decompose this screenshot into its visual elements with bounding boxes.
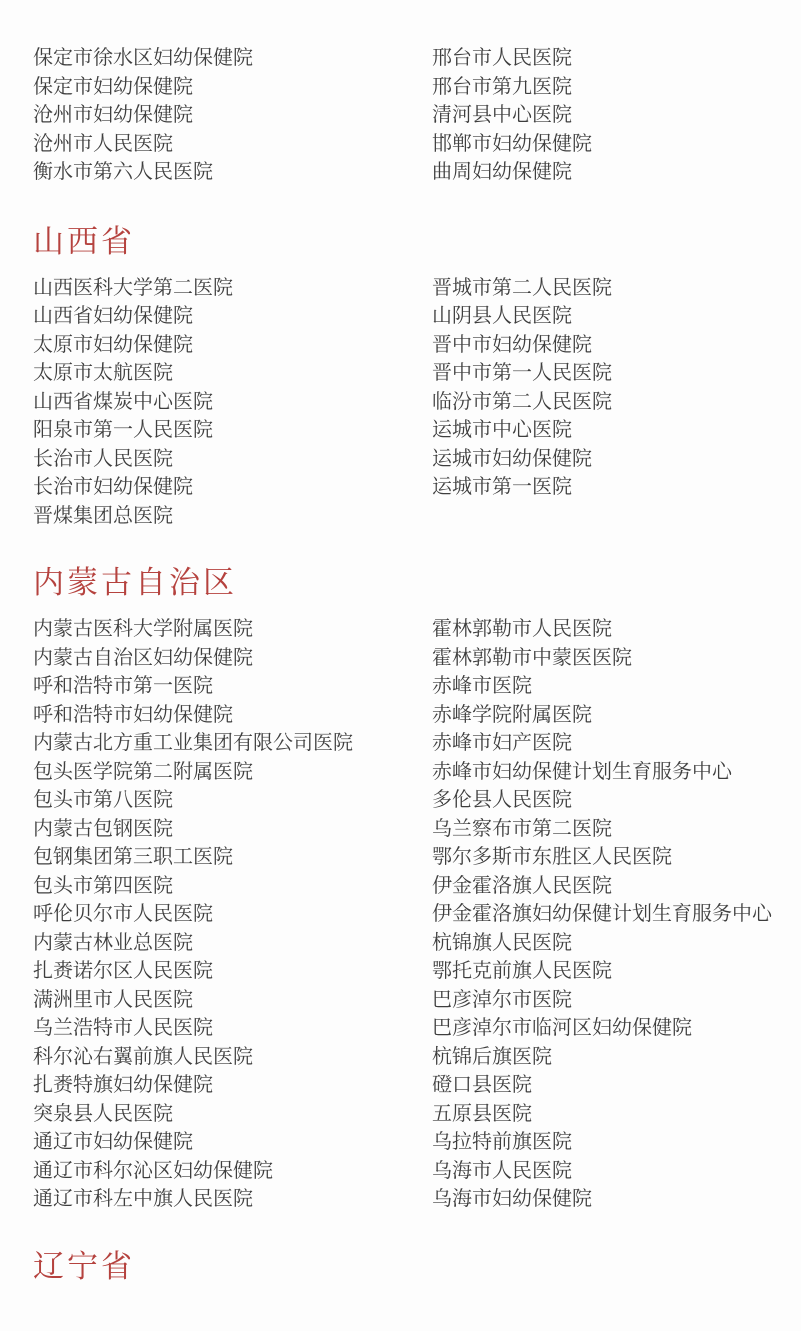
hospital-item: 保定市徐水区妇幼保健院 [33, 44, 432, 73]
hospital-item: 晋煤集团总医院 [33, 502, 432, 531]
hospital-item: 磴口县医院 [432, 1071, 801, 1100]
hospital-item: 运城市妇幼保健院 [432, 445, 801, 474]
hospital-item: 长治市妇幼保健院 [33, 473, 432, 502]
hospital-list-document: 保定市徐水区妇幼保健院保定市妇幼保健院沧州市妇幼保健院沧州市人民医院衡水市第六人… [0, 0, 801, 1331]
hospital-columns: 保定市徐水区妇幼保健院保定市妇幼保健院沧州市妇幼保健院沧州市人民医院衡水市第六人… [33, 44, 801, 187]
hospital-item: 呼和浩特市妇幼保健院 [33, 701, 432, 730]
hospital-item: 沧州市人民医院 [33, 130, 432, 159]
hospital-item: 巴彦淖尔市临河区妇幼保健院 [432, 1014, 801, 1043]
hospital-item: 包头市第八医院 [33, 786, 432, 815]
hospital-item: 乌兰察布市第二医院 [432, 815, 801, 844]
hospital-item: 赤峰市妇幼保健计划生育服务中心 [432, 758, 801, 787]
hospital-item: 太原市太航医院 [33, 359, 432, 388]
hospital-item: 呼和浩特市第一医院 [33, 672, 432, 701]
hospital-item: 突泉县人民医院 [33, 1100, 432, 1129]
hospital-item: 满洲里市人民医院 [33, 986, 432, 1015]
right-column: 邢台市人民医院邢台市第九医院清河县中心医院邯郸市妇幼保健院曲周妇幼保健院 [432, 44, 801, 187]
hospital-item: 山西省煤炭中心医院 [33, 388, 432, 417]
hospital-item: 赤峰市妇产医院 [432, 729, 801, 758]
hospital-item: 杭锦旗人民医院 [432, 929, 801, 958]
hospital-item: 鄂尔多斯市东胜区人民医院 [432, 843, 801, 872]
hospital-item: 内蒙古包钢医院 [33, 815, 432, 844]
province-title: 辽宁省 [33, 1248, 801, 1286]
province-section: 保定市徐水区妇幼保健院保定市妇幼保健院沧州市妇幼保健院沧州市人民医院衡水市第六人… [33, 44, 801, 187]
hospital-item: 呼伦贝尔市人民医院 [33, 900, 432, 929]
hospital-item: 包钢集团第三职工医院 [33, 843, 432, 872]
left-column: 山西医科大学第二医院山西省妇幼保健院太原市妇幼保健院太原市太航医院山西省煤炭中心… [33, 274, 432, 531]
hospital-item: 霍林郭勒市人民医院 [432, 615, 801, 644]
hospital-item: 包头医学院第二附属医院 [33, 758, 432, 787]
province-section: 内蒙古自治区内蒙古医科大学附属医院内蒙古自治区妇幼保健院呼和浩特市第一医院呼和浩… [33, 564, 801, 1214]
hospital-item: 晋城市第二人民医院 [432, 274, 801, 303]
hospital-item: 晋中市第一人民医院 [432, 359, 801, 388]
hospital-item: 沧州市妇幼保健院 [33, 101, 432, 130]
hospital-columns: 内蒙古医科大学附属医院内蒙古自治区妇幼保健院呼和浩特市第一医院呼和浩特市妇幼保健… [33, 615, 801, 1214]
hospital-item: 巴彦淖尔市医院 [432, 986, 801, 1015]
hospital-item: 衡水市第六人民医院 [33, 158, 432, 187]
hospital-item: 邢台市人民医院 [432, 44, 801, 73]
hospital-item: 内蒙古医科大学附属医院 [33, 615, 432, 644]
hospital-item: 赤峰学院附属医院 [432, 701, 801, 730]
hospital-item: 包头市第四医院 [33, 872, 432, 901]
hospital-item: 伊金霍洛旗人民医院 [432, 872, 801, 901]
hospital-item: 山阴县人民医院 [432, 302, 801, 331]
right-column: 霍林郭勒市人民医院霍林郭勒市中蒙医医院赤峰市医院赤峰学院附属医院赤峰市妇产医院赤… [432, 615, 801, 1214]
hospital-columns: 山西医科大学第二医院山西省妇幼保健院太原市妇幼保健院太原市太航医院山西省煤炭中心… [33, 274, 801, 531]
hospital-item: 邯郸市妇幼保健院 [432, 130, 801, 159]
hospital-item: 通辽市科左中旗人民医院 [33, 1185, 432, 1214]
hospital-item: 杭锦后旗医院 [432, 1043, 801, 1072]
hospital-item: 晋中市妇幼保健院 [432, 331, 801, 360]
hospital-item: 扎赉特旗妇幼保健院 [33, 1071, 432, 1100]
hospital-item: 乌兰浩特市人民医院 [33, 1014, 432, 1043]
province-title: 内蒙古自治区 [33, 564, 801, 602]
province-section: 辽宁省 [33, 1248, 801, 1286]
hospital-item: 五原县医院 [432, 1100, 801, 1129]
left-column: 内蒙古医科大学附属医院内蒙古自治区妇幼保健院呼和浩特市第一医院呼和浩特市妇幼保健… [33, 615, 432, 1214]
hospital-item: 赤峰市医院 [432, 672, 801, 701]
hospital-item: 乌海市人民医院 [432, 1157, 801, 1186]
hospital-item: 山西医科大学第二医院 [33, 274, 432, 303]
province-title: 山西省 [33, 223, 801, 261]
hospital-item: 运城市中心医院 [432, 416, 801, 445]
hospital-item: 曲周妇幼保健院 [432, 158, 801, 187]
left-column: 保定市徐水区妇幼保健院保定市妇幼保健院沧州市妇幼保健院沧州市人民医院衡水市第六人… [33, 44, 432, 187]
province-section: 山西省山西医科大学第二医院山西省妇幼保健院太原市妇幼保健院太原市太航医院山西省煤… [33, 223, 801, 531]
hospital-item: 清河县中心医院 [432, 101, 801, 130]
hospital-item: 乌拉特前旗医院 [432, 1128, 801, 1157]
hospital-item: 扎赉诺尔区人民医院 [33, 957, 432, 986]
hospital-item: 运城市第一医院 [432, 473, 801, 502]
hospital-item: 内蒙古自治区妇幼保健院 [33, 644, 432, 673]
hospital-item: 内蒙古北方重工业集团有限公司医院 [33, 729, 432, 758]
hospital-item: 通辽市科尔沁区妇幼保健院 [33, 1157, 432, 1186]
hospital-item: 太原市妇幼保健院 [33, 331, 432, 360]
hospital-item: 霍林郭勒市中蒙医医院 [432, 644, 801, 673]
hospital-item: 内蒙古林业总医院 [33, 929, 432, 958]
hospital-item: 邢台市第九医院 [432, 73, 801, 102]
hospital-item: 鄂托克前旗人民医院 [432, 957, 801, 986]
right-column: 晋城市第二人民医院山阴县人民医院晋中市妇幼保健院晋中市第一人民医院临汾市第二人民… [432, 274, 801, 502]
hospital-item: 科尔沁右翼前旗人民医院 [33, 1043, 432, 1072]
hospital-item: 山西省妇幼保健院 [33, 302, 432, 331]
hospital-item: 乌海市妇幼保健院 [432, 1185, 801, 1214]
hospital-item: 通辽市妇幼保健院 [33, 1128, 432, 1157]
hospital-item: 多伦县人民医院 [432, 786, 801, 815]
hospital-item: 临汾市第二人民医院 [432, 388, 801, 417]
hospital-item: 保定市妇幼保健院 [33, 73, 432, 102]
hospital-item: 长治市人民医院 [33, 445, 432, 474]
hospital-item: 阳泉市第一人民医院 [33, 416, 432, 445]
hospital-item: 伊金霍洛旗妇幼保健计划生育服务中心 [432, 900, 801, 929]
